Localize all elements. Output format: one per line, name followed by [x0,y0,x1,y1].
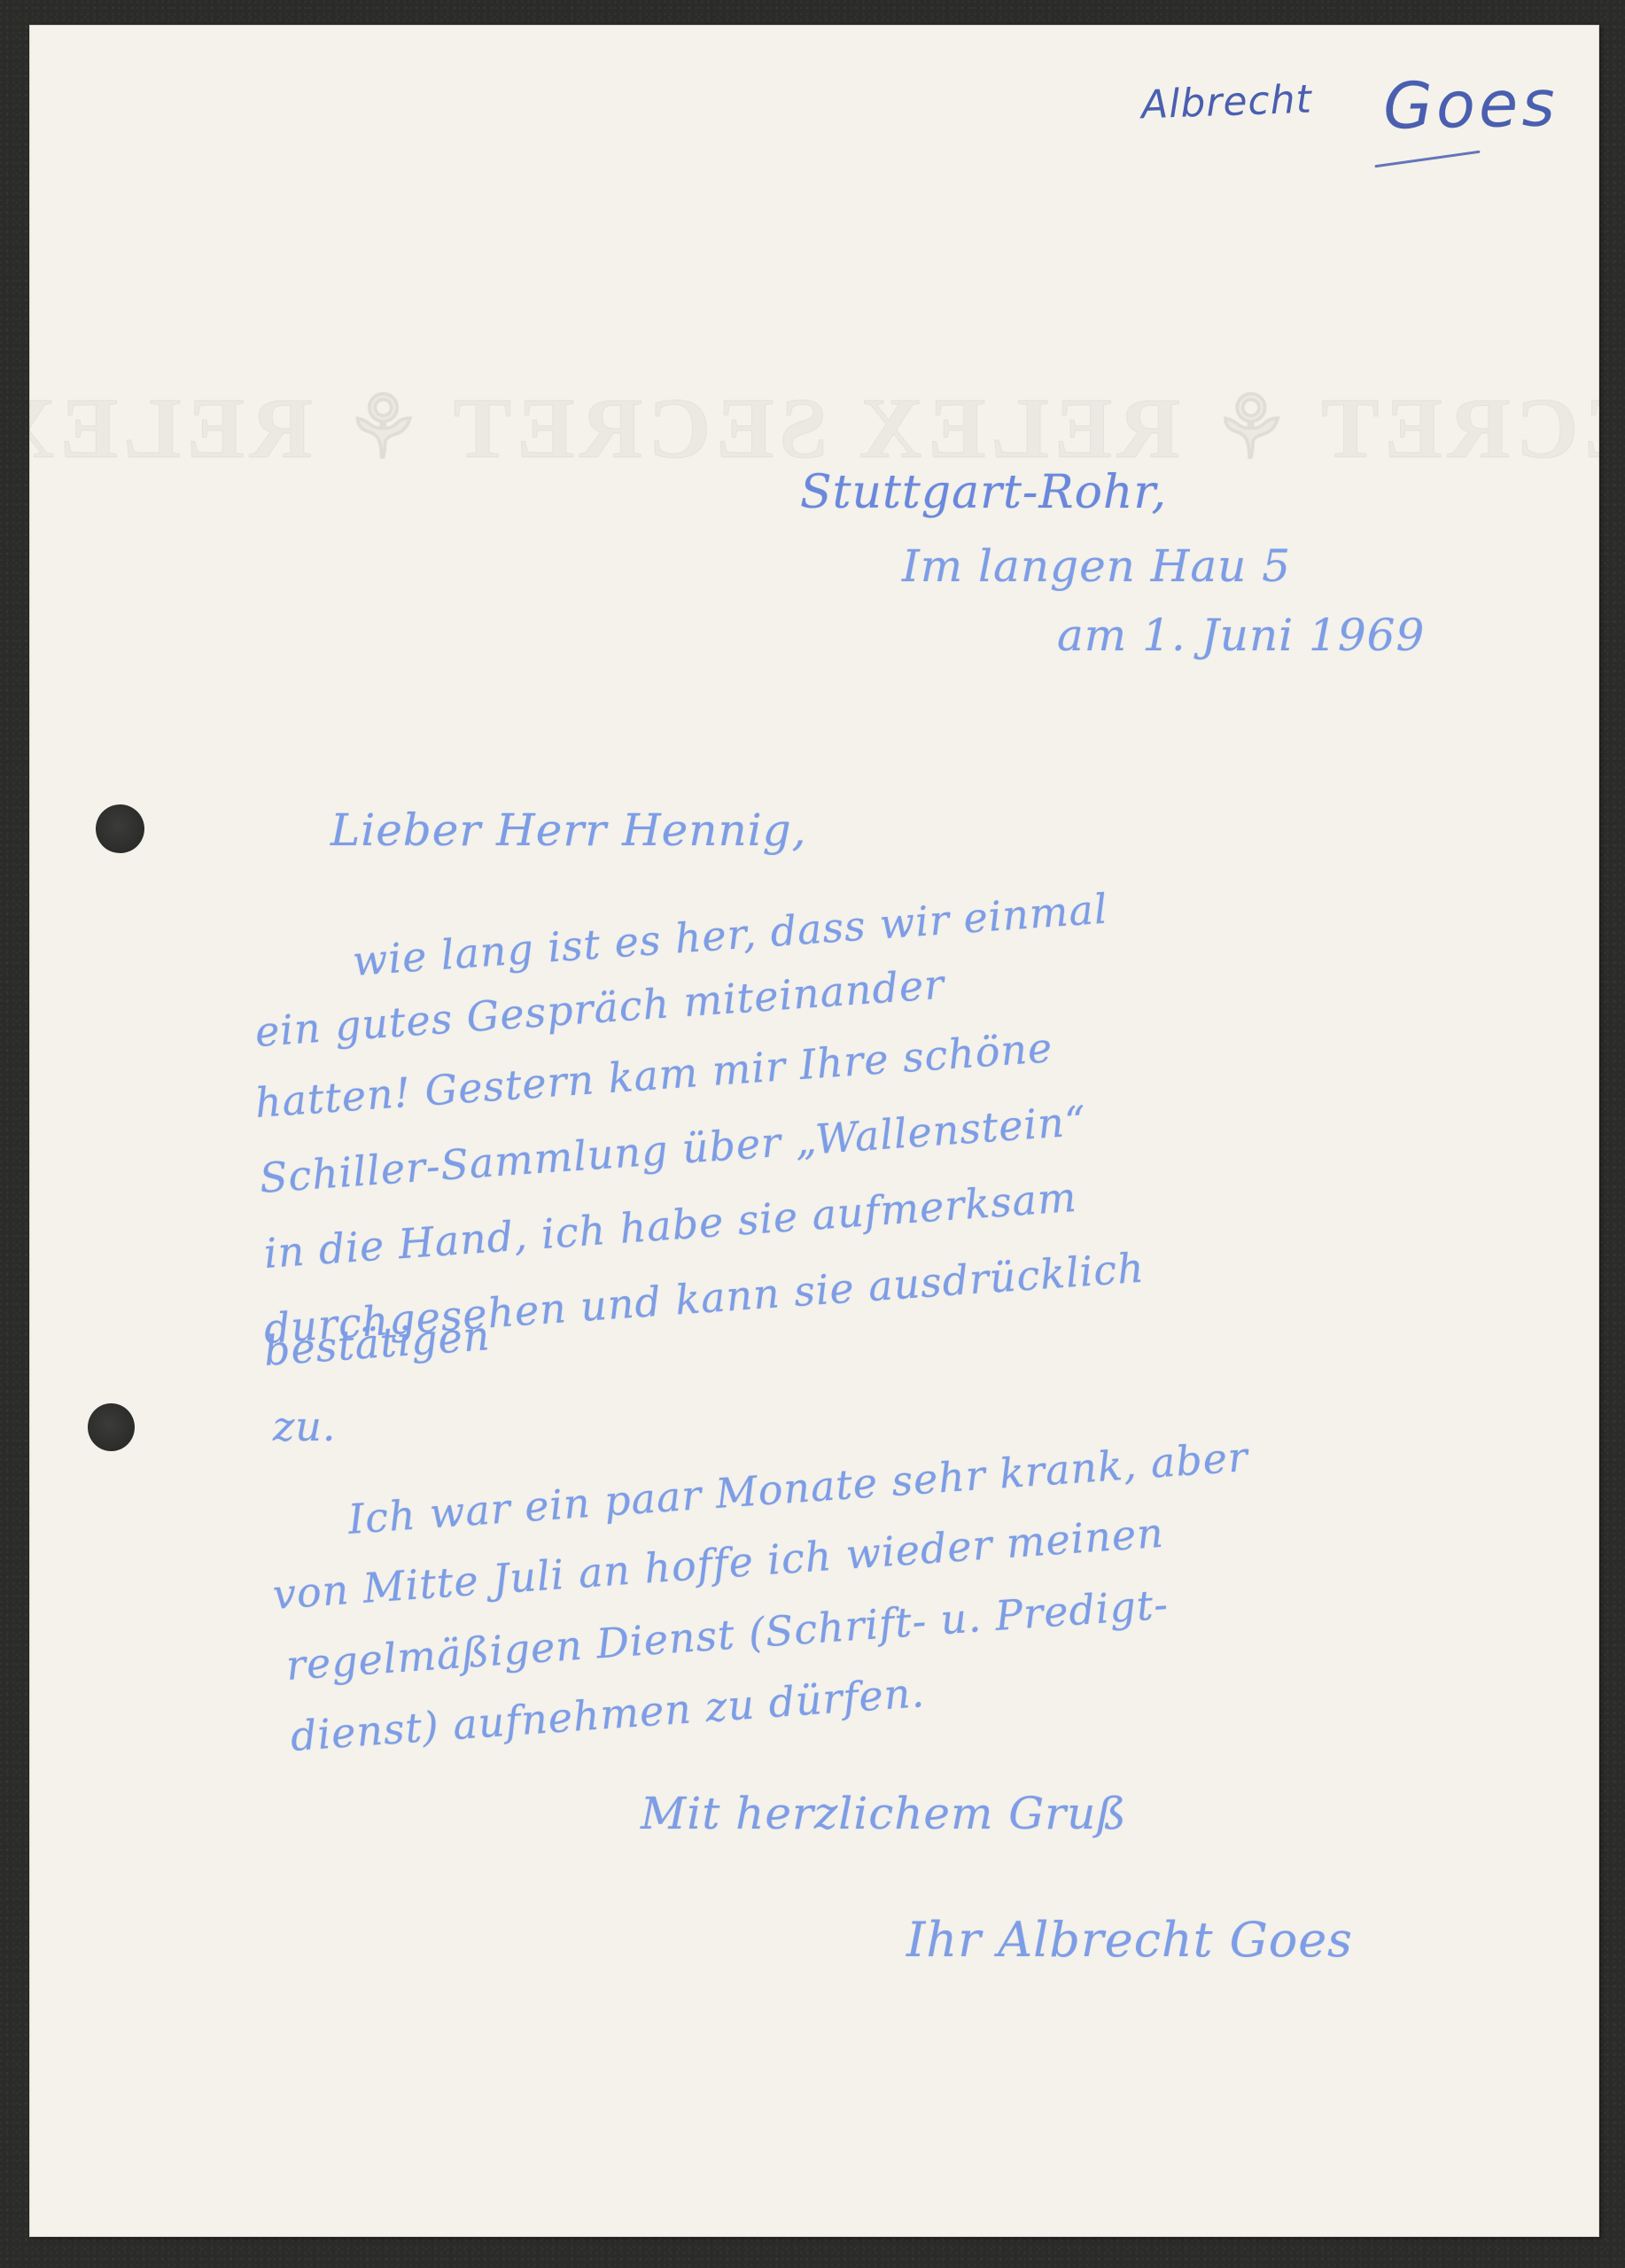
annotation-underline [1374,151,1480,168]
archive-annotation-last-name: Goes [1382,66,1559,143]
punch-hole-top [96,804,144,853]
letter-closing: Mit herzlichem Gruß [641,1788,1127,1839]
letter-body-line-1: wie lang ist es her, dass wir einmal [351,884,1109,984]
punch-hole-bottom [88,1403,135,1451]
letter-salutation: Lieber Herr Hennig, [330,804,807,856]
archive-annotation-first-name: Albrecht [1140,77,1312,128]
letter-date: am 1. Juni 1969 [1057,610,1425,661]
letter-place: Stuttgart-Rohr, [800,466,1167,519]
paper-watermark: RELEX SECRET ⚘ RELEX SECRET ⚘ RELEX SECR… [29,375,1599,481]
letter-signature: Ihr Albrecht Goes [906,1912,1353,1968]
letter-body-line-8: zu. [273,1402,336,1450]
letter-street: Im langen Hau 5 [902,540,1291,592]
letter-sheet: RELEX SECRET ⚘ RELEX SECRET ⚘ RELEX SECR… [29,25,1599,2237]
